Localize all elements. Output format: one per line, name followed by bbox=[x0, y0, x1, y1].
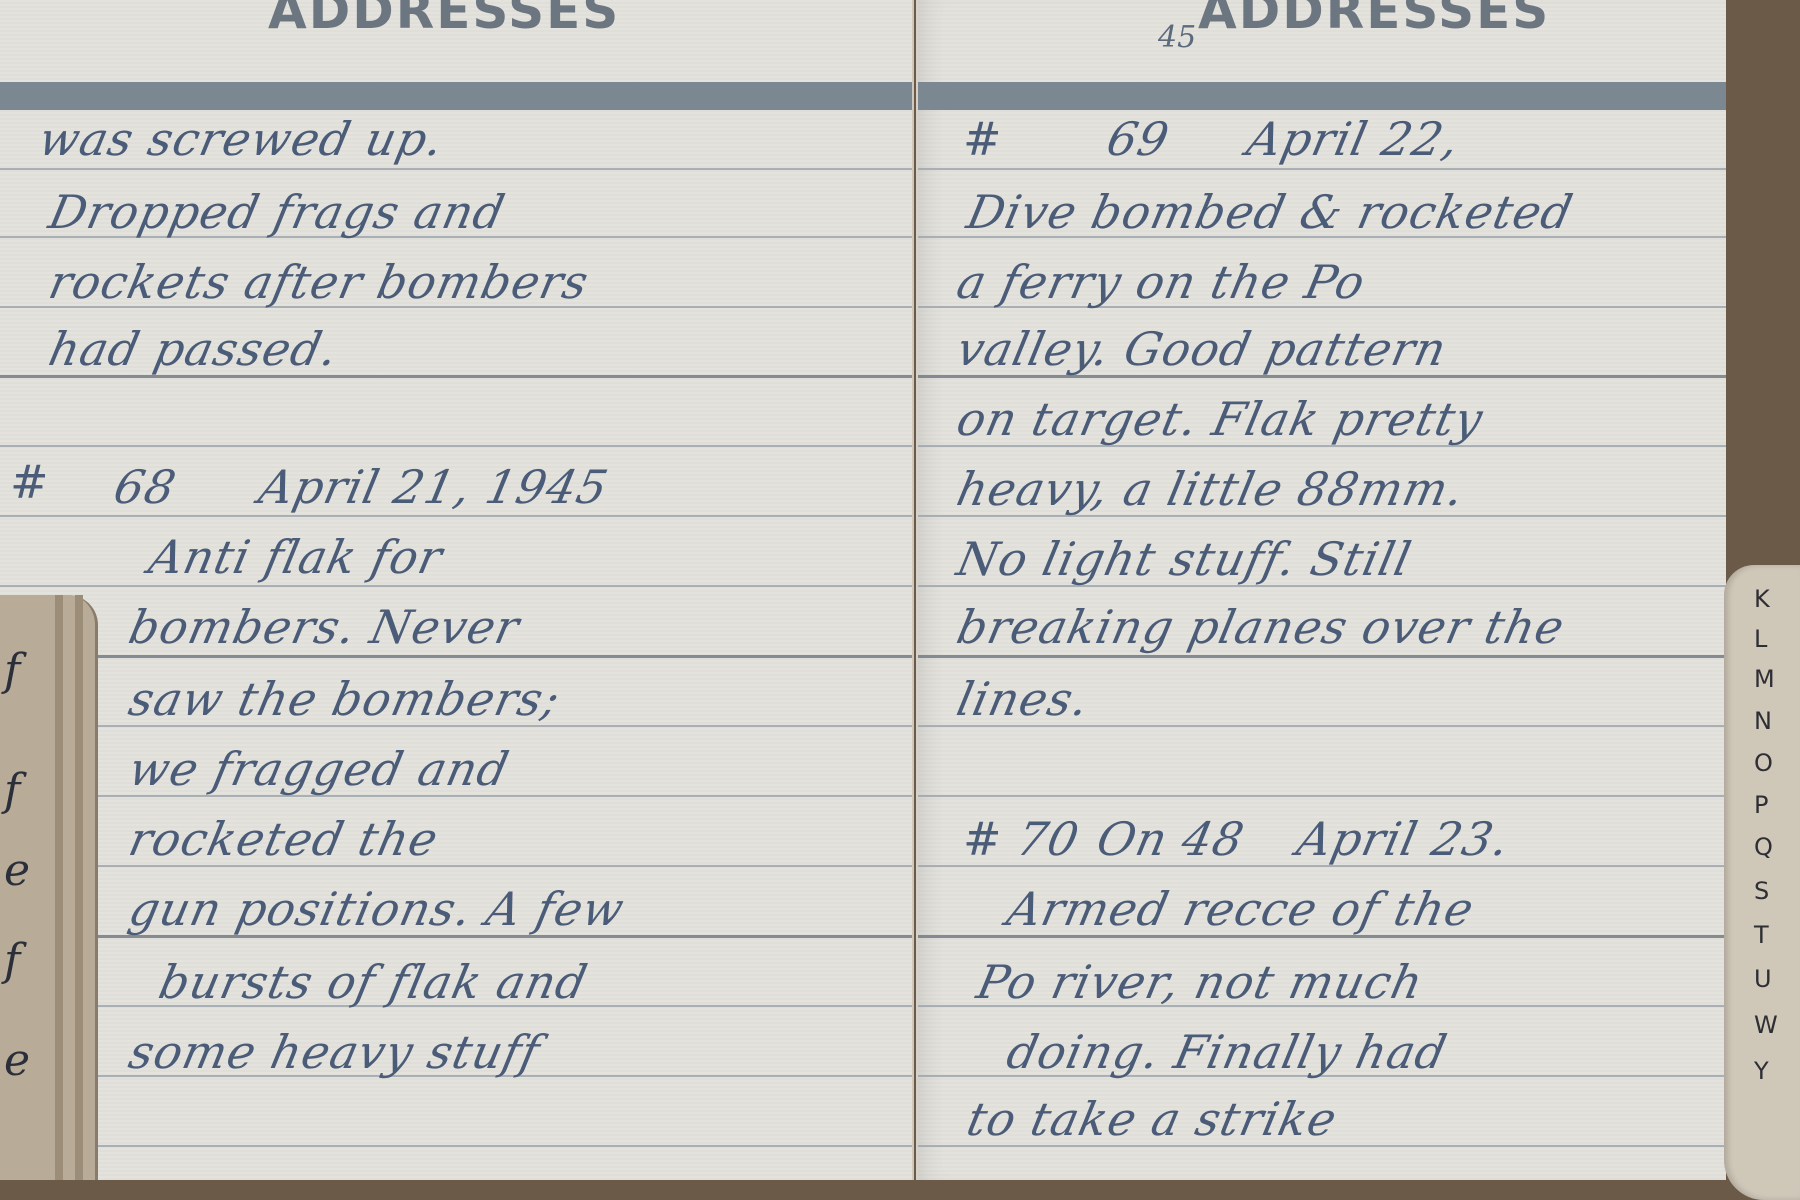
handwritten-line: a ferry on the Po bbox=[952, 255, 1370, 309]
handwritten-line: Po river, not much bbox=[972, 955, 1428, 1009]
tab-letter-s[interactable]: S bbox=[1754, 877, 1769, 905]
tab-letter-p[interactable]: P bbox=[1754, 791, 1768, 819]
alphabet-tab-index[interactable]: K L M N O P Q S T U W Y bbox=[1724, 565, 1800, 1200]
handwritten-line: bursts of flak and bbox=[154, 955, 592, 1009]
handwritten-line: we fragged and bbox=[124, 742, 514, 796]
tab-letter-n[interactable]: N bbox=[1754, 707, 1772, 735]
underlying-handwriting: e bbox=[4, 1035, 30, 1086]
underlying-handwriting: f bbox=[4, 645, 20, 696]
tab-letter-y[interactable]: Y bbox=[1754, 1057, 1769, 1085]
underlying-handwriting: f bbox=[4, 935, 20, 986]
mission-date: April 23. bbox=[1292, 812, 1514, 866]
tab-letter-k[interactable]: K bbox=[1754, 585, 1770, 613]
mission-number-marker: # bbox=[963, 112, 1002, 166]
handwritten-line: Dive bombed & rocketed bbox=[962, 185, 1578, 239]
handwritten-line: gun positions. A few bbox=[124, 882, 629, 936]
underlying-handwriting: e bbox=[4, 845, 30, 896]
handwritten-line: saw the bombers; bbox=[124, 672, 565, 726]
handwritten-line: doing. Finally had bbox=[1002, 1025, 1452, 1079]
tab-letter-w[interactable]: W bbox=[1754, 1011, 1778, 1039]
page-edge bbox=[55, 595, 63, 1180]
page-edge bbox=[75, 595, 83, 1180]
tab-letter-u[interactable]: U bbox=[1754, 965, 1772, 993]
mission-number: 69 bbox=[1102, 112, 1174, 166]
handwritten-line: bombers. Never bbox=[124, 600, 524, 654]
right-page: 45 ADDRESSES # 69 April 22, Dive bombed … bbox=[916, 0, 1726, 1180]
mission-number-marker: # bbox=[963, 812, 1002, 866]
thumb-index-cutout: f f e f e bbox=[0, 595, 98, 1180]
handwritten-line: on target. Flak pretty bbox=[952, 392, 1488, 446]
handwritten-line: breaking planes over the bbox=[952, 600, 1569, 654]
mission-number: 70 bbox=[1012, 812, 1084, 866]
handwritten-line: some heavy stuff bbox=[124, 1025, 545, 1079]
tab-letter-m[interactable]: M bbox=[1754, 665, 1775, 693]
address-book: ADDRESSES was screwed up. Dropped frags … bbox=[0, 0, 1800, 1200]
tab-letter-l[interactable]: L bbox=[1754, 625, 1767, 653]
handwritten-line: Armed recce of the bbox=[1002, 882, 1479, 936]
handwritten-line: had passed. bbox=[44, 322, 343, 376]
tab-letter-o[interactable]: O bbox=[1754, 749, 1773, 777]
handwritten-line: No light stuff. Still bbox=[952, 532, 1416, 586]
left-page: ADDRESSES was screwed up. Dropped frags … bbox=[0, 0, 914, 1180]
handwritten-line: rockets after bombers bbox=[44, 255, 594, 309]
mission-number: 68 bbox=[109, 460, 181, 514]
handwritten-line: Anti flak for bbox=[144, 530, 448, 584]
mission-number-marker: # bbox=[10, 455, 49, 509]
mission-date: April 22, bbox=[1242, 112, 1464, 166]
handwritten-line: heavy, a little 88mm. bbox=[952, 462, 1469, 516]
handwritten-line: Dropped frags and bbox=[44, 185, 510, 239]
handwritten-line: was screwed up. bbox=[34, 112, 448, 166]
handwritten-line: rocketed the bbox=[124, 812, 443, 866]
handwritten-line: lines. bbox=[952, 672, 1094, 726]
underlying-handwriting: f bbox=[4, 765, 20, 816]
mission-date: April 21, 1945 bbox=[254, 460, 613, 514]
tab-letter-q[interactable]: Q bbox=[1754, 833, 1773, 861]
tab-letter-t[interactable]: T bbox=[1754, 921, 1769, 949]
handwritten-line: valley. Good pattern bbox=[952, 322, 1452, 376]
handwritten-line: to take a strike bbox=[962, 1092, 1342, 1146]
mission-extra: On 48 bbox=[1092, 812, 1249, 866]
